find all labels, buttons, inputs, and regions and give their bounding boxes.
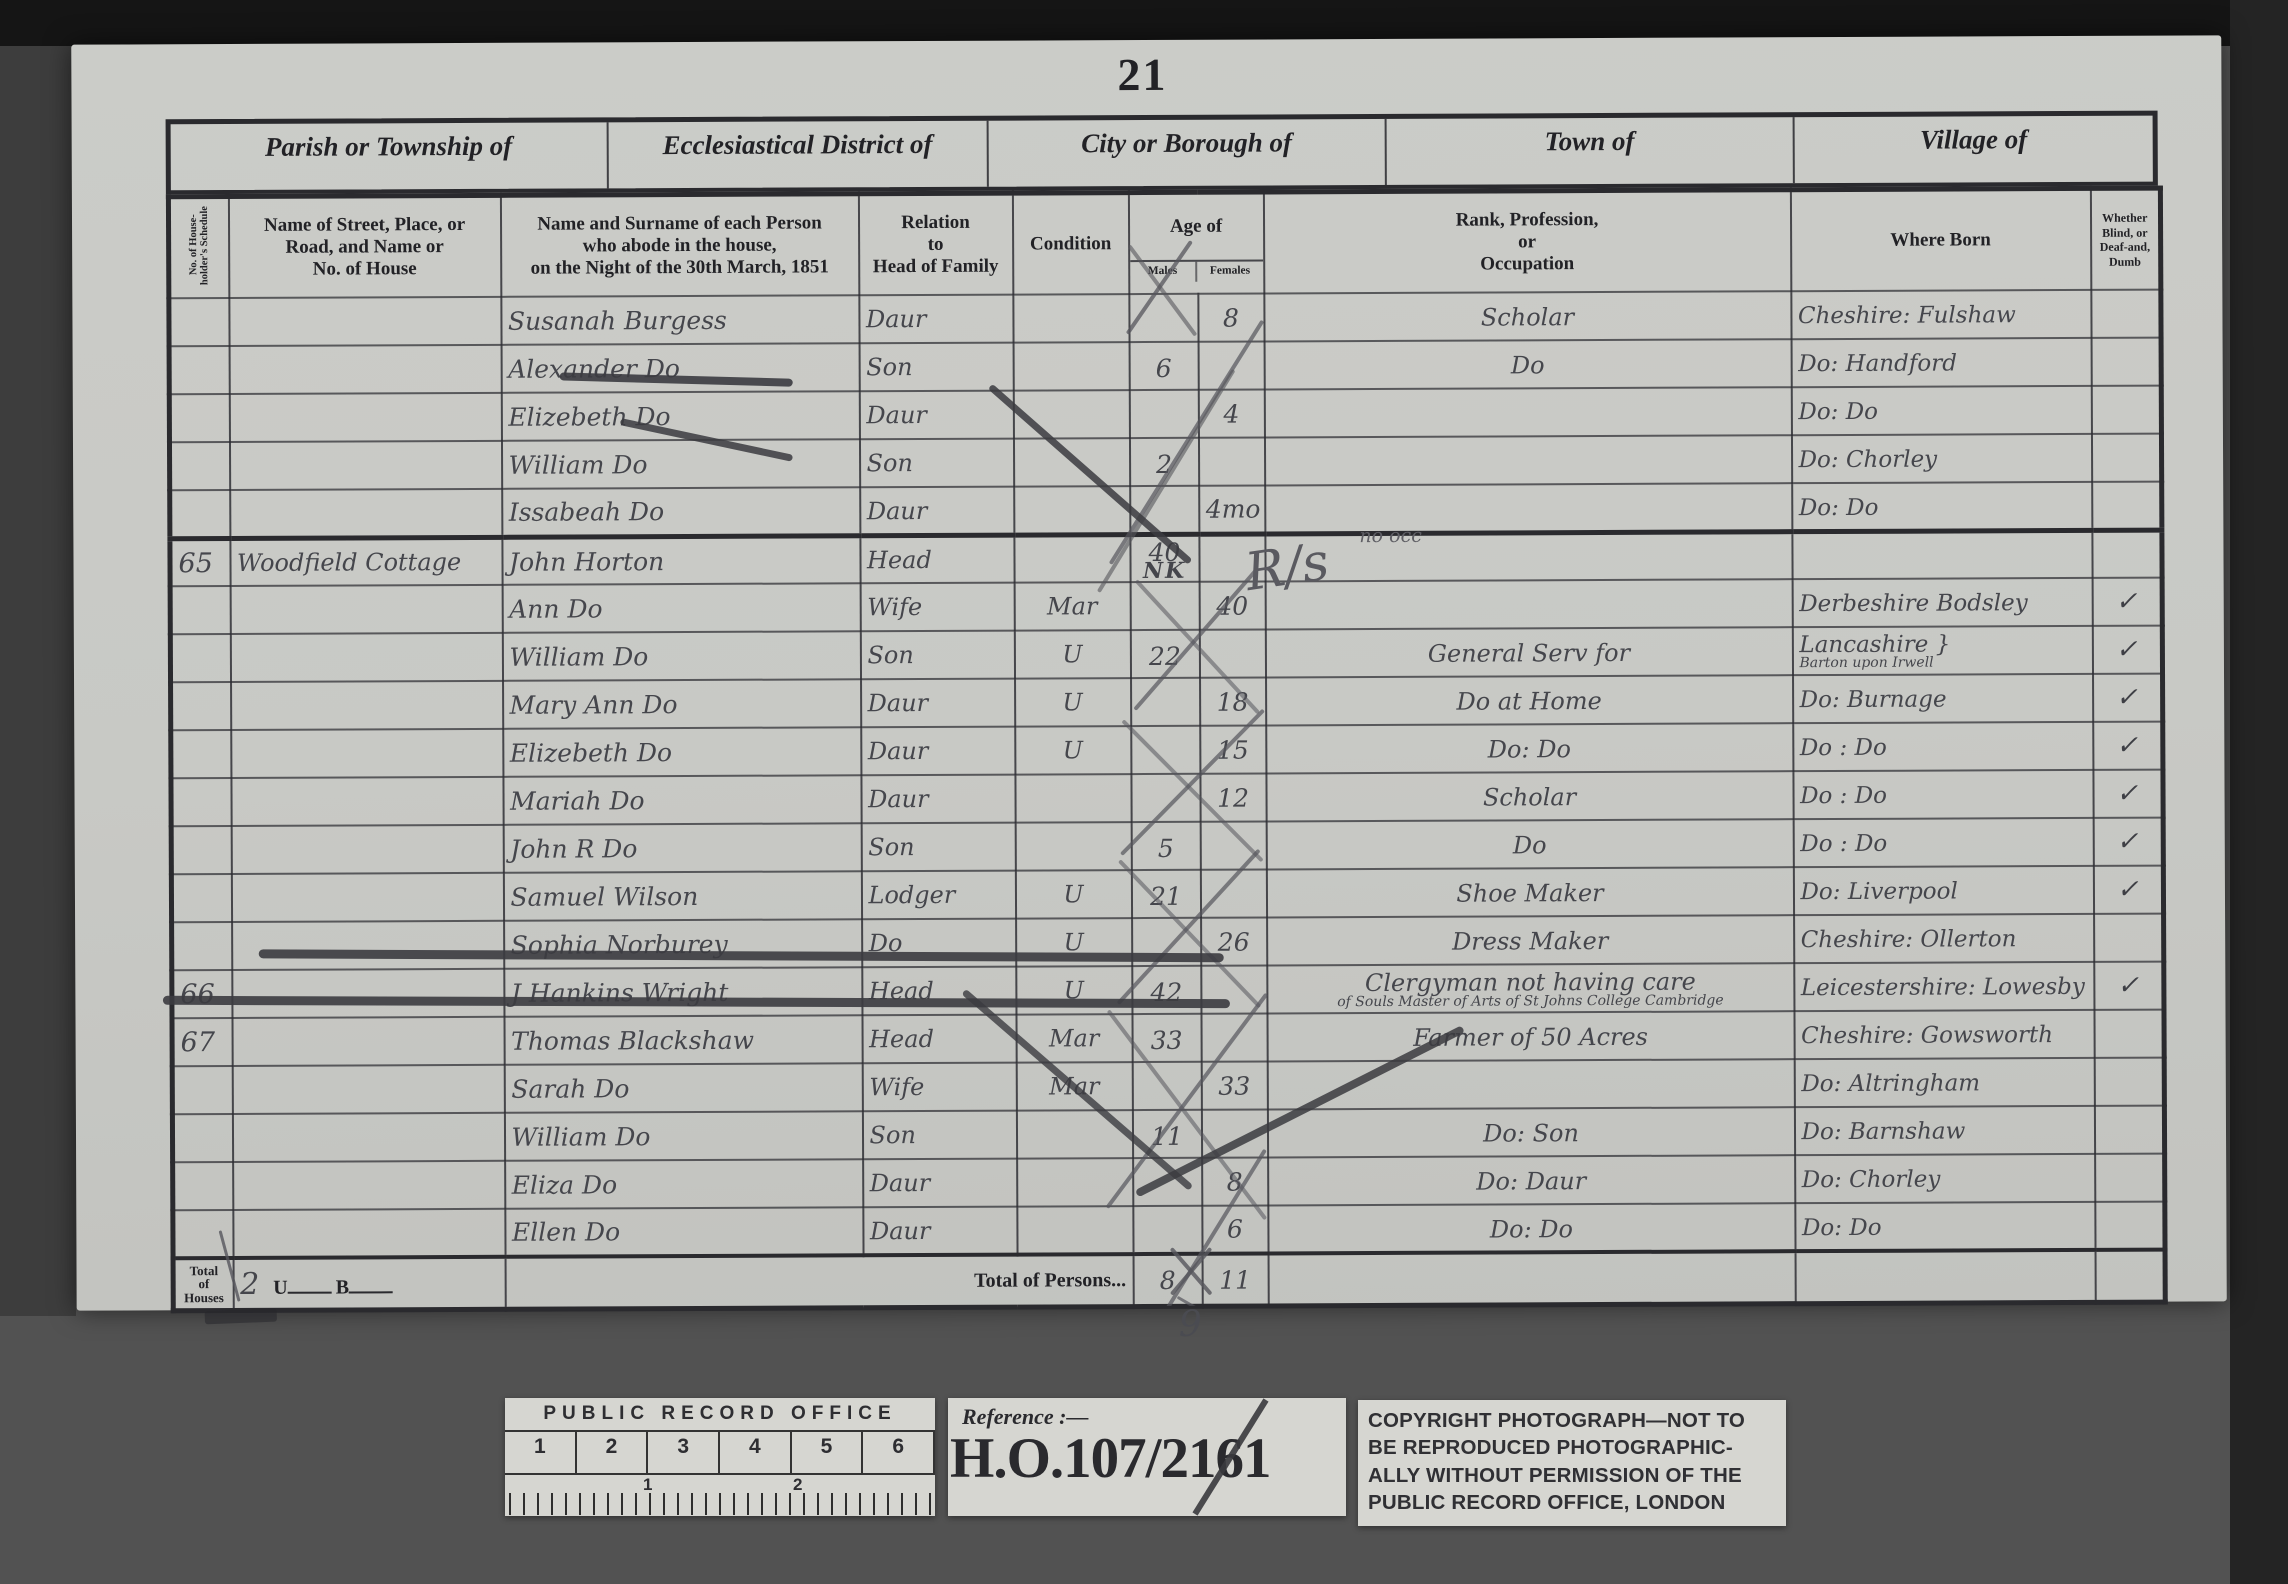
cell-age-female: 18 xyxy=(1200,678,1266,726)
cell-relation: Daur xyxy=(863,1207,1017,1256)
total-houses-label: Total of Houses xyxy=(173,1258,233,1310)
cell-blind-tick xyxy=(2092,482,2162,530)
col-header-males: Males xyxy=(1130,262,1198,283)
cell-street xyxy=(232,1113,504,1162)
cell-schedule-number xyxy=(171,826,231,874)
cell-age-male xyxy=(1130,486,1199,534)
uninhabited-label: U xyxy=(273,1276,332,1298)
cell-age-female xyxy=(1201,966,1267,1014)
cell-blind-tick xyxy=(2091,386,2161,434)
cell-where-born: Do: Do xyxy=(1792,482,2092,531)
census-row: Mary Ann Do Daur U 18 Do at Home Do: Bur… xyxy=(171,674,2163,731)
header-ecclesiastical: Ecclesiastical District of xyxy=(608,121,988,189)
cell-person-name: Eliza Do xyxy=(505,1160,863,1210)
cell-where-born: Cheshire: Fulshaw xyxy=(1791,290,2091,339)
cell-blind-tick: ✓ xyxy=(2093,818,2163,866)
cell-street xyxy=(232,969,504,1018)
cell-blind-tick xyxy=(2092,530,2162,578)
cell-blind-tick: ✓ xyxy=(2093,722,2163,770)
cell-blind-tick xyxy=(2095,1202,2165,1250)
cell-person-name: Elizebeth Do xyxy=(501,392,859,442)
cell-condition xyxy=(1013,342,1129,391)
cell-condition: U xyxy=(1016,918,1132,967)
cell-where-born: Do: Burnage xyxy=(1793,674,2093,723)
col-header-relation: Relation to Head of Family xyxy=(858,193,1012,296)
cell-street xyxy=(233,1161,505,1210)
cell-occupation xyxy=(1264,436,1791,486)
cell-blind-tick xyxy=(2091,290,2161,338)
census-row: Eliza Do Daur 8 Do: Daur Do: Chorley xyxy=(173,1154,2165,1211)
cell-street xyxy=(232,921,504,970)
cell-condition xyxy=(1016,1110,1132,1159)
census-row: William Do Son 2 Do: Chorley xyxy=(169,434,2161,491)
cell-age-male xyxy=(1132,918,1201,966)
photo-border-right xyxy=(2230,0,2288,1584)
cell-age-female xyxy=(1199,630,1265,678)
totals-row: Total of Houses 2 U B Total of Persons..… xyxy=(173,1250,2165,1311)
cell-occupation: Scholar xyxy=(1264,292,1791,342)
cell-condition xyxy=(1013,294,1129,343)
cell-where-born: Do: Altringham xyxy=(1794,1058,2094,1107)
ink-smudge xyxy=(205,1309,277,1325)
col-header-blind-deaf: Whether Blind, or Deaf-and, Dumb xyxy=(2090,188,2160,290)
col-header-occupation: Rank, Profession, or Occupation xyxy=(1263,190,1790,294)
census-page-paper: 21 Parish or Township of Ecclesiastical … xyxy=(71,35,2227,1310)
cell-person-name: Samuel Wilson xyxy=(503,872,861,922)
census-row: Ellen Do Daur 6 Do: Do Do: Do xyxy=(173,1202,2165,1259)
cell-relation: Do xyxy=(862,919,1016,968)
cell-person-name: William Do xyxy=(504,1112,862,1162)
cell-age-male xyxy=(1129,390,1198,438)
pencil-note-no-occ: no occ xyxy=(1359,525,1422,547)
ruler-tick-marks xyxy=(509,1493,931,1515)
cell-schedule-number xyxy=(170,586,230,634)
header-village: Village of xyxy=(1794,116,2152,184)
cell-age-male: 2 xyxy=(1129,438,1198,486)
cell-relation: Son xyxy=(861,823,1015,872)
cell-occupation xyxy=(1265,532,1792,582)
cell-condition xyxy=(1013,390,1129,439)
cell-age-male xyxy=(1129,294,1198,342)
cell-where-born: Do: Do xyxy=(1795,1202,2095,1251)
cell-age-female xyxy=(1198,438,1264,486)
pencil-note-rs: R/s xyxy=(1242,532,1333,603)
cell-schedule-number xyxy=(172,1114,232,1162)
cell-blind-tick: ✓ xyxy=(2094,962,2164,1010)
header-city-borough: City or Borough of xyxy=(988,119,1386,187)
census-row: 66 J Hankins Wright Head U 42 Clergyman … xyxy=(172,962,2164,1019)
cell-age-female: 33 xyxy=(1201,1062,1267,1110)
cell-schedule-number xyxy=(170,634,230,682)
cell-blind-tick xyxy=(2091,434,2161,482)
cell-person-name: Sarah Do xyxy=(504,1064,862,1114)
cell-relation: Son xyxy=(860,631,1014,680)
cell-schedule-number xyxy=(173,1210,233,1258)
ruler-inch-numbers: 1 2 3 4 5 6 xyxy=(505,1432,935,1475)
census-row: Sarah Do Wife Mar 33 Do: Altringham xyxy=(172,1058,2164,1115)
cell-occupation: Scholar xyxy=(1266,772,1793,822)
cell-street xyxy=(231,777,503,826)
cell-age-male xyxy=(1131,774,1200,822)
cell-schedule-number xyxy=(169,394,229,442)
cell-person-name: William Do xyxy=(502,632,860,682)
cell-schedule-number xyxy=(171,682,231,730)
cell-schedule-number xyxy=(171,778,231,826)
census-row: Mariah Do Daur 12 Scholar Do : Do ✓ xyxy=(171,770,2163,827)
cell-street xyxy=(231,873,503,922)
cell-age-male: 33 xyxy=(1132,1014,1201,1062)
cell-street xyxy=(231,729,503,778)
cell-age-male: 6 xyxy=(1129,342,1198,390)
census-row: Issabeah Do Daur 4mo Do: Do xyxy=(170,482,2162,539)
cell-age-female xyxy=(1200,822,1266,870)
cell-age-male xyxy=(1130,582,1199,630)
cell-person-name: Issabeah Do xyxy=(502,488,860,538)
cell-age-female: 15 xyxy=(1200,726,1266,774)
cell-where-born: Do: Barnshaw xyxy=(1794,1106,2094,1155)
cell-age-male xyxy=(1133,1158,1202,1206)
cell-occupation: Do xyxy=(1264,340,1791,390)
cell-condition: U xyxy=(1014,630,1130,679)
cell-street xyxy=(230,585,502,634)
reference-number: H.O.107/2161 xyxy=(950,1426,1346,1491)
cell-relation: Head xyxy=(862,1015,1016,1064)
cell-person-name: Elizebeth Do xyxy=(503,728,861,778)
cell-where-born: Do: Handford xyxy=(1791,338,2091,387)
census-body: Susanah Burgess Daur 8 Scholar Cheshire:… xyxy=(169,290,2165,1259)
census-row: 67 Thomas Blackshaw Head Mar 33 Farmer o… xyxy=(172,1010,2164,1067)
cell-age-female: 6 xyxy=(1202,1206,1268,1254)
cell-person-name: William Do xyxy=(501,440,859,490)
col-header-street: Name of Street, Place, or Road, and Name… xyxy=(228,195,500,298)
cell-schedule-number xyxy=(172,1066,232,1114)
cell-schedule-number xyxy=(171,874,231,922)
pro-ruler: PUBLIC RECORD OFFICE 1 2 3 4 5 6 1 2 xyxy=(505,1398,935,1516)
cell-condition: Mar xyxy=(1016,1014,1132,1063)
cell-schedule-number xyxy=(169,346,229,394)
cell-relation: Son xyxy=(862,1111,1016,1160)
cell-where-born: Cheshire: Gowsworth xyxy=(1794,1010,2094,1059)
cell-street xyxy=(229,441,501,490)
cell-street xyxy=(231,825,503,874)
cell-age-male xyxy=(1132,1062,1201,1110)
cell-condition: U xyxy=(1016,966,1132,1015)
cell-where-born: Do : Do xyxy=(1793,818,2093,867)
cell-occupation: Do at Home xyxy=(1266,676,1793,726)
cell-street xyxy=(229,297,501,346)
cell-where-born: Lancashire } Barton upon Irwell xyxy=(1792,626,2092,675)
cell-where-born xyxy=(1792,530,2092,579)
cell-blind-tick xyxy=(2091,338,2161,386)
building-label: B xyxy=(336,1276,393,1298)
cell-occupation: Do: Do xyxy=(1268,1204,1795,1254)
reference-label: Reference :— H.O.107/2161 xyxy=(948,1398,1346,1516)
cell-age-male: 42 xyxy=(1132,966,1201,1014)
cell-occupation: Farmer of 50 Acres xyxy=(1267,1012,1794,1062)
district-header-band: Parish or Township of Ecclesiastical Dis… xyxy=(166,111,2158,195)
ruler-title: PUBLIC RECORD OFFICE xyxy=(505,1398,935,1432)
census-row: Elizebeth Do Daur 4 Do: Do xyxy=(169,386,2161,443)
cell-blind-tick: ✓ xyxy=(2093,674,2163,722)
cell-condition xyxy=(1017,1158,1133,1207)
cell-occupation: Do: Son xyxy=(1267,1108,1794,1158)
cell-where-born: Leicestershire: Lowesby xyxy=(1794,962,2094,1011)
cell-relation: Son xyxy=(859,439,1013,488)
col-header-age: Age of Males Females xyxy=(1128,192,1263,294)
cell-relation: Head xyxy=(860,535,1014,584)
cell-person-name: Mary Ann Do xyxy=(503,680,861,730)
cell-schedule-number xyxy=(170,490,230,538)
cell-person-name: Ann Do xyxy=(502,584,860,634)
cell-age-male: 22 xyxy=(1130,630,1199,678)
pencil-note-nine: 9 xyxy=(1179,1304,1202,1345)
total-females: 11 xyxy=(1202,1254,1268,1306)
cell-blind-tick xyxy=(2094,1106,2164,1154)
col-header-schedule: No. of House-holder's Schedule xyxy=(168,197,228,299)
cell-blind-tick xyxy=(2094,1010,2164,1058)
cell-schedule-number xyxy=(171,730,231,778)
total-houses-value-cell: 2 U B xyxy=(233,1257,505,1310)
cell-condition: U xyxy=(1015,726,1131,775)
cell-condition: U xyxy=(1015,678,1131,727)
cell-where-born: Do : Do xyxy=(1793,770,2093,819)
census-row: William Do Son 11 Do: Son Do: Barnshaw xyxy=(172,1106,2164,1163)
cell-where-born: Do : Do xyxy=(1793,722,2093,771)
cell-relation: Daur xyxy=(861,679,1015,728)
cell-street xyxy=(232,1017,504,1066)
cell-age-male: 40 NK xyxy=(1130,534,1199,582)
cell-where-born: Cheshire: Ollerton xyxy=(1794,914,2094,963)
cell-age-female xyxy=(1200,870,1266,918)
cell-condition xyxy=(1017,1206,1133,1255)
cell-relation: Wife xyxy=(860,583,1014,632)
cell-age-female: 8 xyxy=(1198,294,1264,342)
cell-age-female xyxy=(1201,1110,1267,1158)
cell-blind-tick: ✓ xyxy=(2092,578,2162,626)
cell-occupation: Do: Do xyxy=(1266,724,1793,774)
cell-occupation: Do: Daur xyxy=(1268,1156,1795,1206)
cell-condition xyxy=(1013,438,1129,487)
cell-where-born: Do: Do xyxy=(1791,386,2091,435)
age-annotation: NK xyxy=(1137,563,1192,581)
cell-condition xyxy=(1015,774,1131,823)
cell-age-female: 8 xyxy=(1202,1158,1268,1206)
cell-schedule-number: 67 xyxy=(172,1018,232,1066)
cell-person-name: Sophia Norburey xyxy=(504,920,862,970)
cell-age-female xyxy=(1198,342,1264,390)
cell-occupation: Dress Maker xyxy=(1267,916,1794,966)
cell-person-name: John R Do xyxy=(503,824,861,874)
cell-age-male: 11 xyxy=(1132,1110,1201,1158)
cell-relation: Son xyxy=(859,343,1013,392)
cell-age-male: 21 xyxy=(1131,870,1200,918)
cell-condition: Mar xyxy=(1014,582,1130,631)
cell-person-name: Mariah Do xyxy=(503,776,861,826)
total-persons-label: Total of Persons... xyxy=(505,1254,1133,1309)
cell-occupation xyxy=(1265,484,1792,534)
cell-age-male: 5 xyxy=(1131,822,1200,870)
cell-occupation: Shoe Maker xyxy=(1266,868,1793,918)
cell-condition: U xyxy=(1015,870,1131,919)
page-number: 21 xyxy=(1117,48,1167,101)
col-header-females: Females xyxy=(1197,261,1263,282)
cell-person-name: Alexander Do xyxy=(501,344,859,394)
cell-where-born: Do: Chorley xyxy=(1791,434,2091,483)
cell-age-female: 12 xyxy=(1200,774,1266,822)
total-males: 8 xyxy=(1133,1254,1202,1306)
cell-age-male xyxy=(1133,1206,1202,1254)
header-town: Town of xyxy=(1386,117,1794,185)
column-header-row: No. of House-holder's Schedule Name of S… xyxy=(168,188,2160,299)
cell-age-female xyxy=(1201,1014,1267,1062)
census-row: Alexander Do Son 6 Do Do: Handford xyxy=(169,338,2161,395)
cell-blind-tick: ✓ xyxy=(2092,626,2162,674)
census-row: William Do Son U 22 General Serv for Lan… xyxy=(170,626,2162,683)
cell-schedule-number xyxy=(173,1162,233,1210)
census-row: Susanah Burgess Daur 8 Scholar Cheshire:… xyxy=(169,290,2161,347)
cell-street xyxy=(230,489,502,538)
col-header-condition: Condition xyxy=(1012,193,1128,295)
cell-where-born: Do: Chorley xyxy=(1795,1154,2095,1203)
cell-relation: Daur xyxy=(859,295,1013,344)
cell-blind-tick xyxy=(2094,1058,2164,1106)
total-houses-value: 2 xyxy=(240,1267,259,1302)
cell-relation: Daur xyxy=(860,487,1014,536)
census-row: Elizebeth Do Daur U 15 Do: Do Do : Do ✓ xyxy=(171,722,2163,779)
cell-blind-tick xyxy=(2095,1154,2165,1202)
census-row: Samuel Wilson Lodger U 21 Shoe Maker Do:… xyxy=(171,866,2163,923)
census-row: Ann Do Wife Mar 40 Derbeshire Bodsley ✓ xyxy=(170,578,2162,635)
cell-condition: Mar xyxy=(1016,1062,1132,1111)
cell-occupation: Clergyman not having care of Souls Maste… xyxy=(1267,964,1794,1014)
col-header-name: Name and Surname of each Person who abod… xyxy=(500,194,858,297)
cell-relation: Daur xyxy=(861,775,1015,824)
cell-relation: Head xyxy=(862,967,1016,1016)
cell-age-female: 4 xyxy=(1198,390,1264,438)
cell-occupation xyxy=(1265,580,1792,630)
cell-relation: Wife xyxy=(862,1063,1016,1112)
cell-blind-tick: ✓ xyxy=(2093,770,2163,818)
cell-occupation: Do xyxy=(1266,820,1793,870)
cell-street: Woodfield Cottage xyxy=(230,537,502,586)
cell-occupation xyxy=(1267,1060,1794,1110)
cell-street xyxy=(229,393,501,442)
cell-person-name: J Hankins Wright xyxy=(504,968,862,1018)
cell-person-name: Susanah Burgess xyxy=(501,296,859,346)
census-row: John R Do Son 5 Do Do : Do ✓ xyxy=(171,818,2163,875)
cell-relation: Daur xyxy=(859,391,1013,440)
cell-person-name: Thomas Blackshaw xyxy=(504,1016,862,1066)
census-scan-photo: { "page": {"number": "21"}, "colors": {"… xyxy=(0,0,2288,1584)
cell-where-born: Derbeshire Bodsley xyxy=(1792,578,2092,627)
cell-condition xyxy=(1014,486,1130,535)
cell-relation: Daur xyxy=(861,727,1015,776)
cell-condition xyxy=(1015,822,1131,871)
cell-occupation xyxy=(1264,388,1791,438)
cell-schedule-number xyxy=(169,442,229,490)
cell-condition xyxy=(1014,534,1130,583)
census-row: Sophia Norburey Do U 26 Dress Maker Ches… xyxy=(172,914,2164,971)
cell-street xyxy=(229,345,501,394)
ruler-fine-scale: 1 2 xyxy=(505,1475,935,1519)
photo-border-left xyxy=(0,46,76,1316)
census-row: 65 Woodfield Cottage John Horton Head 40… xyxy=(170,530,2162,587)
cell-relation: Lodger xyxy=(861,871,1015,920)
cell-schedule-number: 66 xyxy=(172,970,232,1018)
census-table: No. of House-holder's Schedule Name of S… xyxy=(166,186,2168,1314)
cell-age-female: 4mo xyxy=(1199,486,1265,534)
cell-schedule-number: 65 xyxy=(170,538,230,586)
header-parish: Parish or Township of xyxy=(171,122,609,190)
cell-street xyxy=(230,633,502,682)
cell-age-male xyxy=(1131,726,1200,774)
cell-age-male xyxy=(1131,678,1200,726)
cell-street xyxy=(232,1065,504,1114)
cell-street xyxy=(233,1209,505,1258)
cell-blind-tick: ✓ xyxy=(2093,866,2163,914)
cell-relation: Daur xyxy=(863,1159,1017,1208)
cell-street xyxy=(231,681,503,730)
cell-person-name: Ellen Do xyxy=(505,1208,863,1258)
cell-blind-tick xyxy=(2094,914,2164,962)
cell-occupation: General Serv for xyxy=(1265,628,1792,678)
cell-schedule-number xyxy=(169,298,229,346)
cell-age-female: 26 xyxy=(1201,918,1267,966)
col-header-where-born: Where Born xyxy=(1790,188,2090,291)
copyright-notice: COPYRIGHT PHOTOGRAPH—NOT TO BE REPRODUCE… xyxy=(1358,1400,1786,1526)
cell-schedule-number xyxy=(172,922,232,970)
cell-where-born: Do: Liverpool xyxy=(1793,866,2093,915)
cell-person-name: John Horton xyxy=(502,536,860,586)
